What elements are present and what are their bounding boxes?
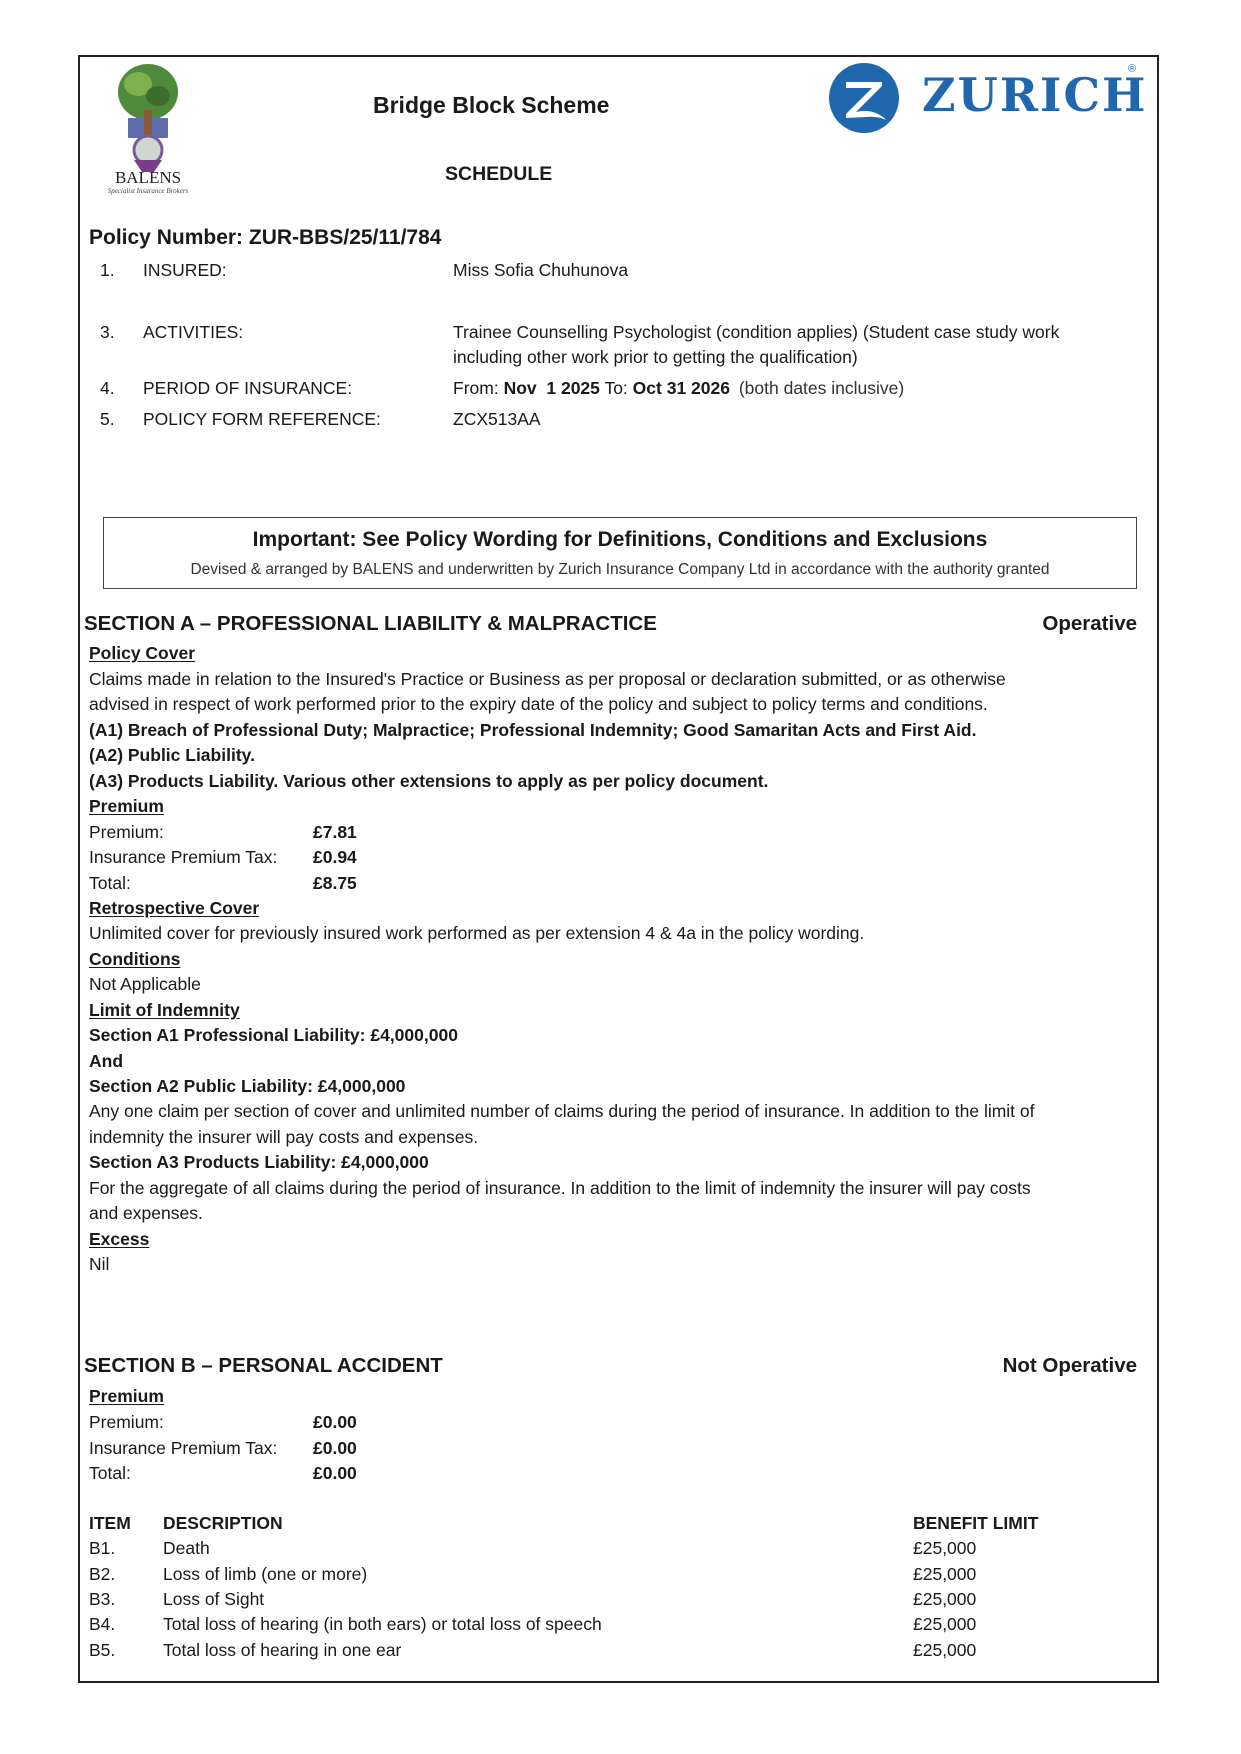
limit-a1: Section A1 Professional Liability: £4,00…	[89, 1023, 458, 1049]
limit-a2-text-line1: Any one claim per section of cover and u…	[89, 1099, 1035, 1125]
limit-a3-text-line1: For the aggregate of all claims during t…	[89, 1176, 1031, 1202]
policy-form-label: POLICY FORM REFERENCE:	[143, 407, 381, 433]
table-row-description: Loss of Sight	[163, 1587, 264, 1613]
ipt-value: £0.00	[313, 1436, 357, 1462]
table-row-item: B5.	[89, 1638, 115, 1664]
total-value: £8.75	[313, 871, 357, 897]
premium-label: Premium:	[89, 1410, 164, 1436]
ipt-label: Insurance Premium Tax:	[89, 1436, 277, 1462]
table-row-benefit: £25,000	[913, 1562, 976, 1588]
table-row-description: Total loss of hearing in one ear	[163, 1638, 401, 1664]
table-header-item: ITEM	[89, 1511, 131, 1537]
important-notice-box: Important: See Policy Wording for Defini…	[103, 517, 1137, 589]
table-header-description: DESCRIPTION	[163, 1511, 283, 1537]
limit-a2-text-line2: indemnity the insurer will pay costs and…	[89, 1125, 478, 1151]
cover-a2: (A2) Public Liability.	[89, 743, 255, 769]
period-value: From: Nov 1 2025 To: Oct 31 2026 (both d…	[453, 376, 904, 402]
total-label: Total:	[89, 871, 131, 897]
activities-value-line2: including other work prior to getting th…	[453, 345, 858, 371]
cover-a1: (A1) Breach of Professional Duty; Malpra…	[89, 718, 976, 744]
policy-cover-text-line2: advised in respect of work performed pri…	[89, 692, 988, 718]
policy-form-value: ZCX513AA	[453, 407, 541, 433]
zurich-logo	[828, 62, 900, 139]
activities-label: ACTIVITIES:	[143, 320, 243, 346]
document-subtitle: SCHEDULE	[445, 163, 552, 186]
insured-value: Miss Sofia Chuhunova	[453, 258, 628, 284]
section-b-title: SECTION B – PERSONAL ACCIDENT	[84, 1354, 443, 1378]
premium-value: £0.00	[313, 1410, 357, 1436]
section-a-status: Operative	[1042, 612, 1137, 636]
period-note: (both dates inclusive)	[739, 378, 904, 398]
table-row-benefit: £25,000	[913, 1638, 976, 1664]
excess-text: Nil	[89, 1252, 109, 1278]
table-header-benefit: BENEFIT LIMIT	[913, 1511, 1038, 1537]
premium-value: £7.81	[313, 820, 357, 846]
from-label: From:	[453, 378, 499, 398]
total-value: £0.00	[313, 1461, 357, 1487]
table-row-description: Total loss of hearing (in both ears) or …	[163, 1612, 602, 1638]
policy-cover-text-line1: Claims made in relation to the Insured's…	[89, 667, 1006, 693]
zurich-wordmark: ZURICH	[922, 68, 1148, 122]
important-title: Important: See Policy Wording for Defini…	[104, 528, 1136, 552]
premium-heading: Premium	[89, 794, 164, 820]
balens-logo: BALENS Specialist Insurance Brokers	[108, 60, 188, 195]
item-number: 1.	[100, 258, 115, 284]
table-row-item: B4.	[89, 1612, 115, 1638]
balens-tagline: Specialist Insurance Brokers	[96, 187, 200, 195]
table-row-benefit: £25,000	[913, 1587, 976, 1613]
policy-cover-heading: Policy Cover	[89, 641, 195, 667]
table-row-benefit: £25,000	[913, 1612, 976, 1638]
retro-text: Unlimited cover for previously insured w…	[89, 921, 864, 947]
table-row-item: B3.	[89, 1587, 115, 1613]
conditions-text: Not Applicable	[89, 972, 201, 998]
period-label: PERIOD OF INSURANCE:	[143, 376, 352, 402]
activities-value-line1: Trainee Counselling Psychologist (condit…	[453, 320, 1059, 346]
item-number: 3.	[100, 320, 115, 346]
balens-wordmark: BALENS	[102, 168, 194, 188]
table-row-description: Death	[163, 1536, 210, 1562]
to-label: To:	[604, 378, 627, 398]
limit-a3-text-line2: and expenses.	[89, 1201, 203, 1227]
ipt-label: Insurance Premium Tax:	[89, 845, 277, 871]
important-subtitle: Devised & arranged by BALENS and underwr…	[104, 561, 1136, 579]
table-row-description: Loss of limb (one or more)	[163, 1562, 367, 1588]
registered-mark: ®	[1128, 63, 1136, 75]
retro-heading: Retrospective Cover	[89, 896, 259, 922]
document-title: Bridge Block Scheme	[373, 92, 609, 119]
limit-a2: Section A2 Public Liability: £4,000,000	[89, 1074, 405, 1100]
to-date: Oct 31 2026	[633, 378, 730, 398]
section-b-status: Not Operative	[1003, 1354, 1137, 1378]
limit-a3: Section A3 Products Liability: £4,000,00…	[89, 1150, 429, 1176]
excess-heading: Excess	[89, 1227, 149, 1253]
section-a-title: SECTION A – PROFESSIONAL LIABILITY & MAL…	[84, 612, 657, 636]
premium-label: Premium:	[89, 820, 164, 846]
cover-a3: (A3) Products Liability. Various other e…	[89, 769, 768, 795]
zurich-z-icon	[828, 62, 900, 134]
policy-number: Policy Number: ZUR-BBS/25/11/784	[89, 226, 441, 250]
table-row-item: B2.	[89, 1562, 115, 1588]
total-label: Total:	[89, 1461, 131, 1487]
from-date: Nov 1 2025	[504, 378, 600, 398]
insured-label: INSURED:	[143, 258, 227, 284]
limit-and: And	[89, 1049, 123, 1075]
table-row-item: B1.	[89, 1536, 115, 1562]
section-b-premium-heading: Premium	[89, 1384, 164, 1410]
conditions-heading: Conditions	[89, 947, 180, 973]
item-number: 5.	[100, 407, 115, 433]
limit-heading: Limit of Indemnity	[89, 998, 240, 1024]
ipt-value: £0.94	[313, 845, 357, 871]
item-number: 4.	[100, 376, 115, 402]
table-row-benefit: £25,000	[913, 1536, 976, 1562]
